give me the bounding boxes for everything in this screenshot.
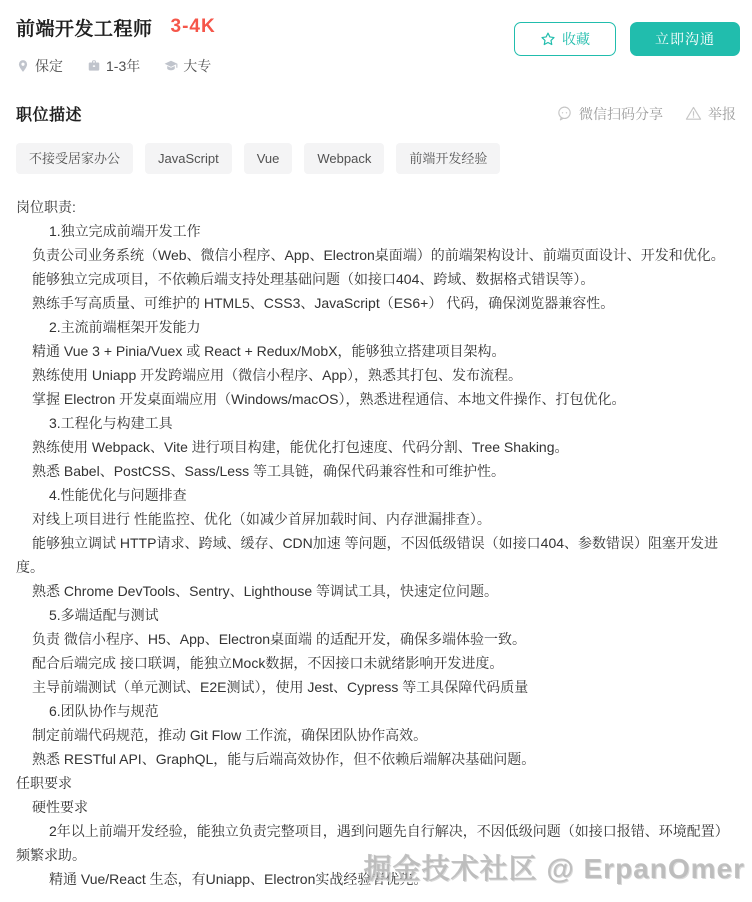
- job-tag[interactable]: Vue: [244, 143, 293, 174]
- job-location: 保定: [16, 56, 63, 76]
- job-header: 前端开发工程师 3-4K 收藏 立即沟通 保定: [16, 12, 736, 76]
- description-paragraph: 2年以上前端开发经验，能独立负责完整项目，遇到问题先自行解决，不因低级问题（如接…: [16, 819, 736, 867]
- job-tag[interactable]: Webpack: [304, 143, 384, 174]
- warning-triangle-icon: [685, 105, 702, 122]
- wechat-share-label: 微信扫码分享: [579, 104, 663, 124]
- description-paragraph: 1.独立完成前端开发工作: [16, 219, 736, 243]
- report-label: 举报: [708, 104, 736, 124]
- description-paragraph: 精通 Vue/React 生态，有Uniapp、Electron实战经验者优先。: [16, 867, 736, 891]
- description-paragraph: 配合后端完成 接口联调，能独立Mock数据，不因接口未就绪影响开发进度。: [16, 651, 736, 675]
- description-paragraph: 熟练手写高质量、可维护的 HTML5、CSS3、JavaScript（ES6+）…: [16, 291, 736, 315]
- description-paragraph: 5.多端适配与测试: [16, 603, 736, 627]
- description-paragraph: 熟悉 Chrome DevTools、Sentry、Lighthouse 等调试…: [16, 579, 736, 603]
- description-paragraph: 6.团队协作与规范: [16, 699, 736, 723]
- description-paragraph: 熟练使用 Uniapp 开发跨端应用（微信小程序、App），熟悉其打包、发布流程…: [16, 363, 736, 387]
- description-paragraph: 掌握 Electron 开发桌面端应用（Windows/macOS），熟悉进程通…: [16, 387, 736, 411]
- description-paragraph: 熟练使用 Webpack、Vite 进行项目构建，能优化打包速度、代码分割、Tr…: [16, 435, 736, 459]
- description-paragraph: 3.工程化与构建工具: [16, 411, 736, 435]
- description-paragraph: 制定前端代码规范，推动 Git Flow 工作流，确保团队协作高效。: [16, 723, 736, 747]
- description-paragraph: 能够独立完成项目，不依赖后端支持处理基础问题（如接口404、跨域、数据格式错误等…: [16, 267, 736, 291]
- job-salary: 3-4K: [171, 16, 216, 38]
- description-paragraph: 2.主流前端框架开发能力: [16, 315, 736, 339]
- job-education-label: 大专: [183, 56, 211, 76]
- description-header: 职位描述 微信扫码分享 举报: [16, 102, 736, 125]
- job-education: 大专: [164, 56, 211, 76]
- job-tag[interactable]: 不接受居家办公: [16, 143, 133, 174]
- description-paragraph: 主导前端测试（单元测试、E2E测试），使用 Jest、Cypress 等工具保障…: [16, 675, 736, 699]
- job-description-section: 职位描述 微信扫码分享 举报 不接受居家办公JavaScriptVueWebpa…: [16, 102, 736, 891]
- job-description-body: 岗位职责:1.独立完成前端开发工作负责公司业务系统（Web、微信小程序、App、…: [16, 195, 736, 891]
- description-tools: 微信扫码分享 举报: [556, 104, 736, 124]
- description-paragraph: 精通 Vue 3 + Pinia/Vuex 或 React + Redux/Mo…: [16, 339, 736, 363]
- description-paragraph: 熟悉 Babel、PostCSS、Sass/Less 等工具链，确保代码兼容性和…: [16, 459, 736, 483]
- chat-now-button[interactable]: 立即沟通: [630, 22, 740, 56]
- briefcase-icon: [87, 59, 101, 73]
- job-tag[interactable]: JavaScript: [145, 143, 232, 174]
- chat-bubble-icon: [556, 105, 573, 122]
- chat-now-button-label: 立即沟通: [655, 29, 715, 49]
- job-meta-row: 保定 1-3年 大专: [16, 56, 736, 76]
- job-detail-page: 前端开发工程师 3-4K 收藏 立即沟通 保定: [0, 0, 752, 891]
- description-paragraph: 负责 微信小程序、H5、App、Electron桌面端 的适配开发，确保多端体验…: [16, 627, 736, 651]
- favorite-button-label: 收藏: [562, 29, 590, 49]
- description-paragraph: 硬性要求: [16, 795, 736, 819]
- job-location-label: 保定: [35, 56, 63, 76]
- job-title: 前端开发工程师: [16, 14, 153, 41]
- star-icon: [540, 31, 556, 47]
- section-title: 职位描述: [16, 102, 82, 125]
- header-actions: 收藏 立即沟通: [514, 22, 740, 56]
- description-paragraph: 4.性能优化与问题排查: [16, 483, 736, 507]
- report-button[interactable]: 举报: [685, 104, 736, 124]
- description-paragraph: 熟悉 RESTful API、GraphQL，能与后端高效协作，但不依赖后端解决…: [16, 747, 736, 771]
- job-experience-label: 1-3年: [106, 56, 140, 76]
- location-pin-icon: [16, 59, 30, 73]
- job-tag[interactable]: 前端开发经验: [396, 143, 500, 174]
- description-paragraph: 岗位职责:: [16, 195, 736, 219]
- job-experience: 1-3年: [87, 56, 140, 76]
- description-paragraph: 对线上项目进行 性能监控、优化（如减少首屏加载时间、内存泄漏排查）。: [16, 507, 736, 531]
- job-tags: 不接受居家办公JavaScriptVueWebpack前端开发经验: [16, 143, 736, 174]
- description-paragraph: 能够独立调试 HTTP请求、跨域、缓存、CDN加速 等问题，不因低级错误（如接口…: [16, 531, 736, 579]
- favorite-button[interactable]: 收藏: [514, 22, 616, 56]
- description-paragraph: 任职要求: [16, 771, 736, 795]
- graduation-cap-icon: [164, 59, 178, 73]
- wechat-share-button[interactable]: 微信扫码分享: [556, 104, 663, 124]
- description-paragraph: 负责公司业务系统（Web、微信小程序、App、Electron桌面端）的前端架构…: [16, 243, 736, 267]
